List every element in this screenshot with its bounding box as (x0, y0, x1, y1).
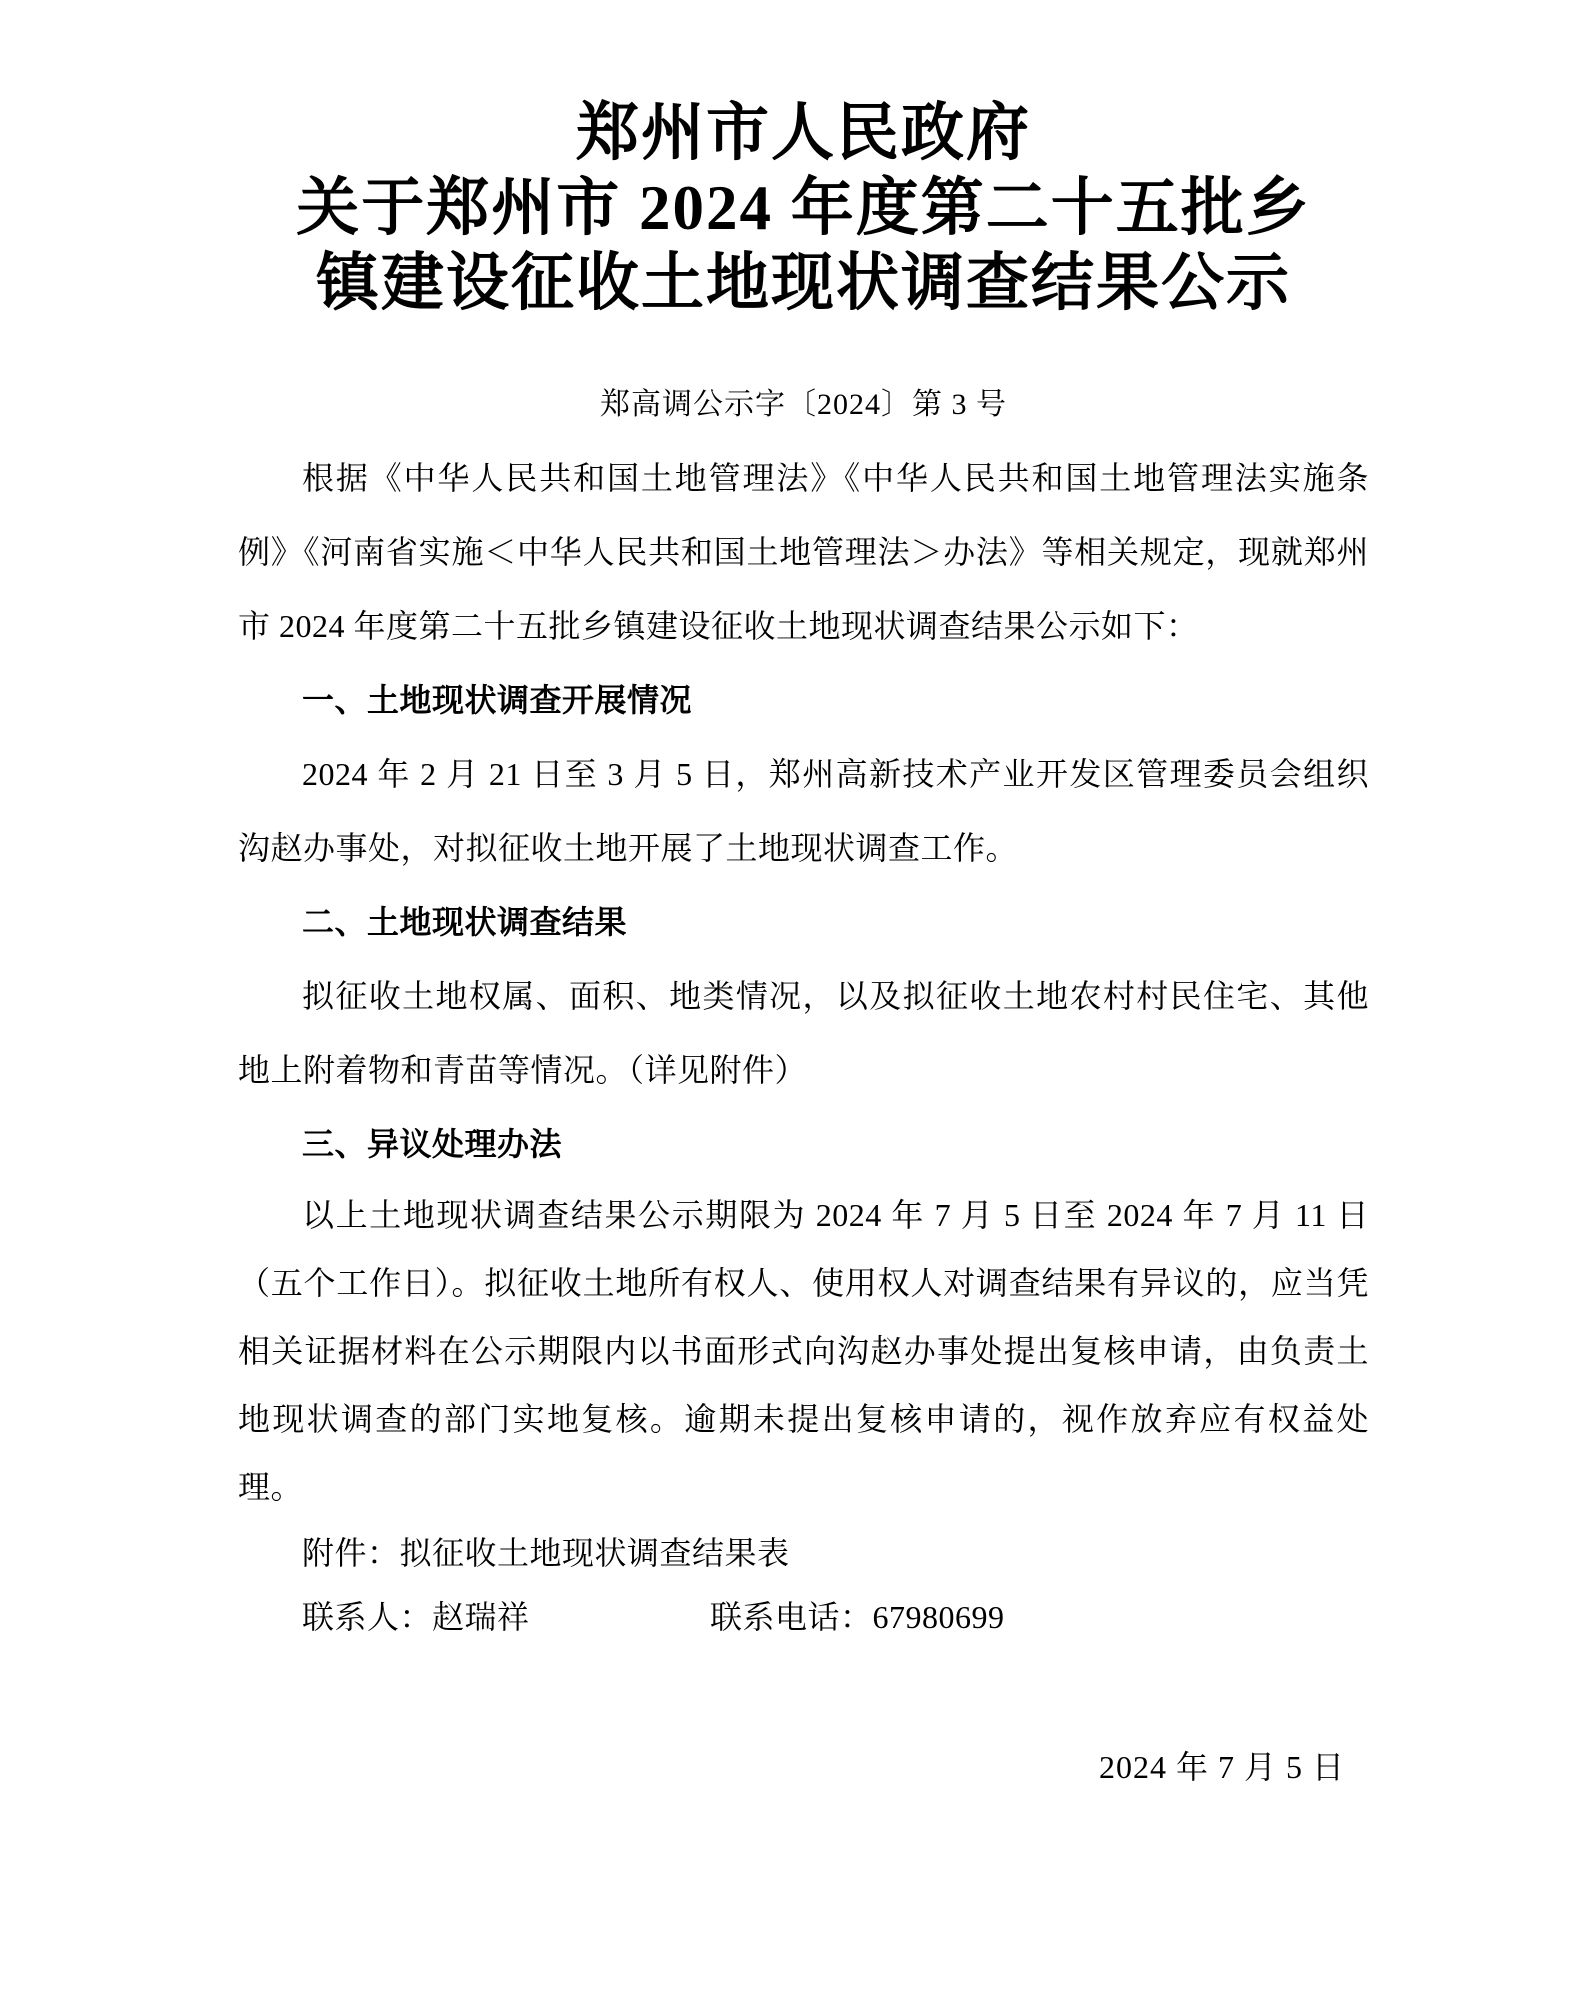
section-heading-survey-process: 一、土地现状调查开展情况 (238, 663, 1369, 737)
document-number: 郑高调公示字〔2024〕第 3 号 (238, 383, 1369, 427)
paragraph-objection-handling: 以上土地现状调查结果公示期限为 2024 年 7 月 5 日至 2024 年 7… (238, 1181, 1369, 1521)
publish-date: 2024 年 7 月 5 日 (238, 1745, 1369, 1789)
section-heading-objection-handling: 三、异议处理办法 (238, 1107, 1369, 1181)
contact-person: 联系人：赵瑞祥 (302, 1599, 530, 1635)
paragraph-survey-results: 拟征收土地权属、面积、地类情况，以及拟征收土地农村村民住宅、其他地上附着物和青苗… (238, 959, 1369, 1107)
paragraph-legal-basis: 根据《中华人民共和国土地管理法》《中华人民共和国土地管理法实施条例》《河南省实施… (238, 441, 1369, 663)
document-header: 郑州市人民政府 关于郑州市 2024 年度第二十五批乡 镇建设征收土地现状调查结… (238, 96, 1369, 427)
contact-phone-number: 67980699 (873, 1599, 1005, 1635)
contact-person-label: 联系人： (302, 1599, 432, 1635)
document-title-line1: 郑州市人民政府 (238, 96, 1369, 171)
document-title-line3: 镇建设征收土地现状调查结果公示 (238, 246, 1369, 321)
paragraph-survey-process: 2024 年 2 月 21 日至 3 月 5 日，郑州高新技术产业开发区管理委员… (238, 737, 1369, 885)
document-page: 郑州市人民政府 关于郑州市 2024 年度第二十五批乡 镇建设征收土地现状调查结… (0, 0, 1587, 2000)
document-body: 根据《中华人民共和国土地管理法》《中华人民共和国土地管理法实施条例》《河南省实施… (238, 441, 1369, 1789)
document-title-line2: 关于郑州市 2024 年度第二十五批乡 (238, 171, 1369, 246)
contact-phone: 联系电话：67980699 (710, 1599, 1005, 1635)
section-heading-survey-results: 二、土地现状调查结果 (238, 885, 1369, 959)
contact-row: 联系人：赵瑞祥 联系电话：67980699 (238, 1585, 1369, 1649)
contact-person-name: 赵瑞祥 (432, 1599, 530, 1635)
contact-phone-label: 联系电话： (710, 1599, 873, 1635)
attachment-note: 附件：拟征收土地现状调查结果表 (238, 1521, 1369, 1585)
